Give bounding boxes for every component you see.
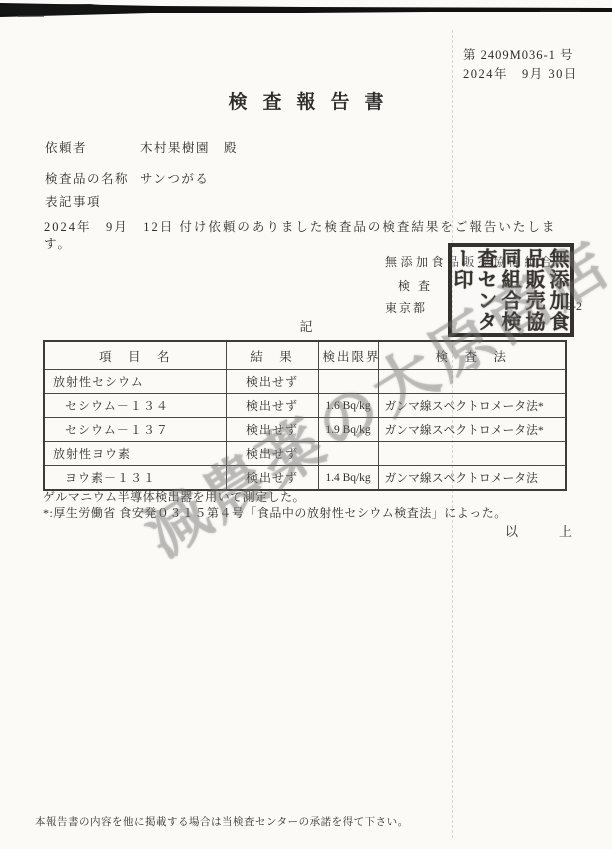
cell-item: セシウム－１３４: [44, 394, 226, 418]
cell-item: ヨウ素－１３１: [44, 466, 226, 491]
client-honorific: 殿: [224, 138, 238, 156]
client-name: 木村果樹園: [140, 138, 210, 156]
organization-address-suffix: 9-2: [566, 299, 582, 314]
cell-method: [378, 442, 566, 466]
scanned-inspection-report: 第 2409M036-1 号 2024年 9月 30日 検査報告書 依頼者 木村…: [0, 0, 612, 849]
footer-note: 本報告書の内容を他に掲載する場合は当検査センターの承諾を得て下さい。: [35, 814, 409, 829]
cell-limit: 1.9 Bq/kg: [318, 418, 378, 442]
cell-result: 検出せず: [226, 418, 318, 442]
cell-limit: [318, 370, 378, 394]
cell-result: 検出せず: [226, 394, 318, 418]
cell-result: 検出せず: [226, 370, 318, 394]
cell-result: 検出せず: [226, 442, 318, 466]
cell-item: 放射性ヨウ素: [44, 442, 226, 466]
cell-limit: 1.6 Bq/kg: [318, 394, 378, 418]
table-row: ヨウ素－１３１ 検出せず 1.4 Bq/kg ガンマ線スペクトロメータ法: [44, 466, 566, 491]
header-result: 結 果: [226, 341, 318, 370]
footnote-method-reference: *:厚生労働省 食安発０３１５第４号「食品中の放射性セシウム検査法」によった。: [43, 504, 507, 521]
labeling-items-label: 表記事項: [45, 192, 101, 210]
page-title: 検査報告書: [0, 87, 612, 114]
organization-address: 東京都: [385, 299, 427, 316]
issue-date: 2024年 9月 30日: [463, 64, 578, 82]
organization-department-partial: 検査: [398, 277, 438, 294]
header-detection-limit: 検出限界値: [318, 341, 378, 370]
header-method: 検 査 法: [378, 341, 566, 370]
cell-item: セシウム－１３７: [44, 418, 226, 442]
cell-method: ガンマ線スペクトロメータ法*: [378, 394, 566, 418]
cell-item: 放射性セシウム: [44, 370, 226, 394]
cell-result: 検出せず: [226, 466, 318, 491]
results-table: 項 目 名 結 果 検出限界値 検 査 法 放射性セシウム 検出せず セシウム－…: [43, 340, 567, 491]
cell-limit: 1.4 Bq/kg: [318, 466, 378, 491]
cell-limit: [318, 442, 378, 466]
table-header-row: 項 目 名 結 果 検出限界値 検 査 法: [44, 341, 566, 370]
sample-name-label: 検査品の名称: [45, 169, 129, 187]
header-item-name: 項 目 名: [44, 341, 226, 370]
cell-method: ガンマ線スペクトロメータ法: [378, 466, 566, 491]
cell-method: [378, 370, 566, 394]
table-row: セシウム－１３４ 検出せず 1.6 Bq/kg ガンマ線スペクトロメータ法*: [44, 394, 566, 418]
table-row: 放射性セシウム 検出せず: [44, 370, 566, 394]
client-label: 依頼者: [45, 138, 87, 156]
document-number: 第 2409M036-1 号: [463, 45, 574, 63]
organization-seal-stamp: 無添加食品販売協同組合検査センター印: [448, 243, 574, 337]
table-row: セシウム－１３７ 検出せず 1.9 Bq/kg ガンマ線スペクトロメータ法*: [44, 418, 566, 442]
sample-name: サンつがる: [140, 169, 209, 187]
cell-method: ガンマ線スペクトロメータ法*: [378, 418, 566, 442]
closing-mark: 以 上: [505, 521, 586, 540]
table-row: 放射性ヨウ素 検出せず: [44, 442, 566, 466]
scan-artifact-band: [0, 0, 612, 24]
